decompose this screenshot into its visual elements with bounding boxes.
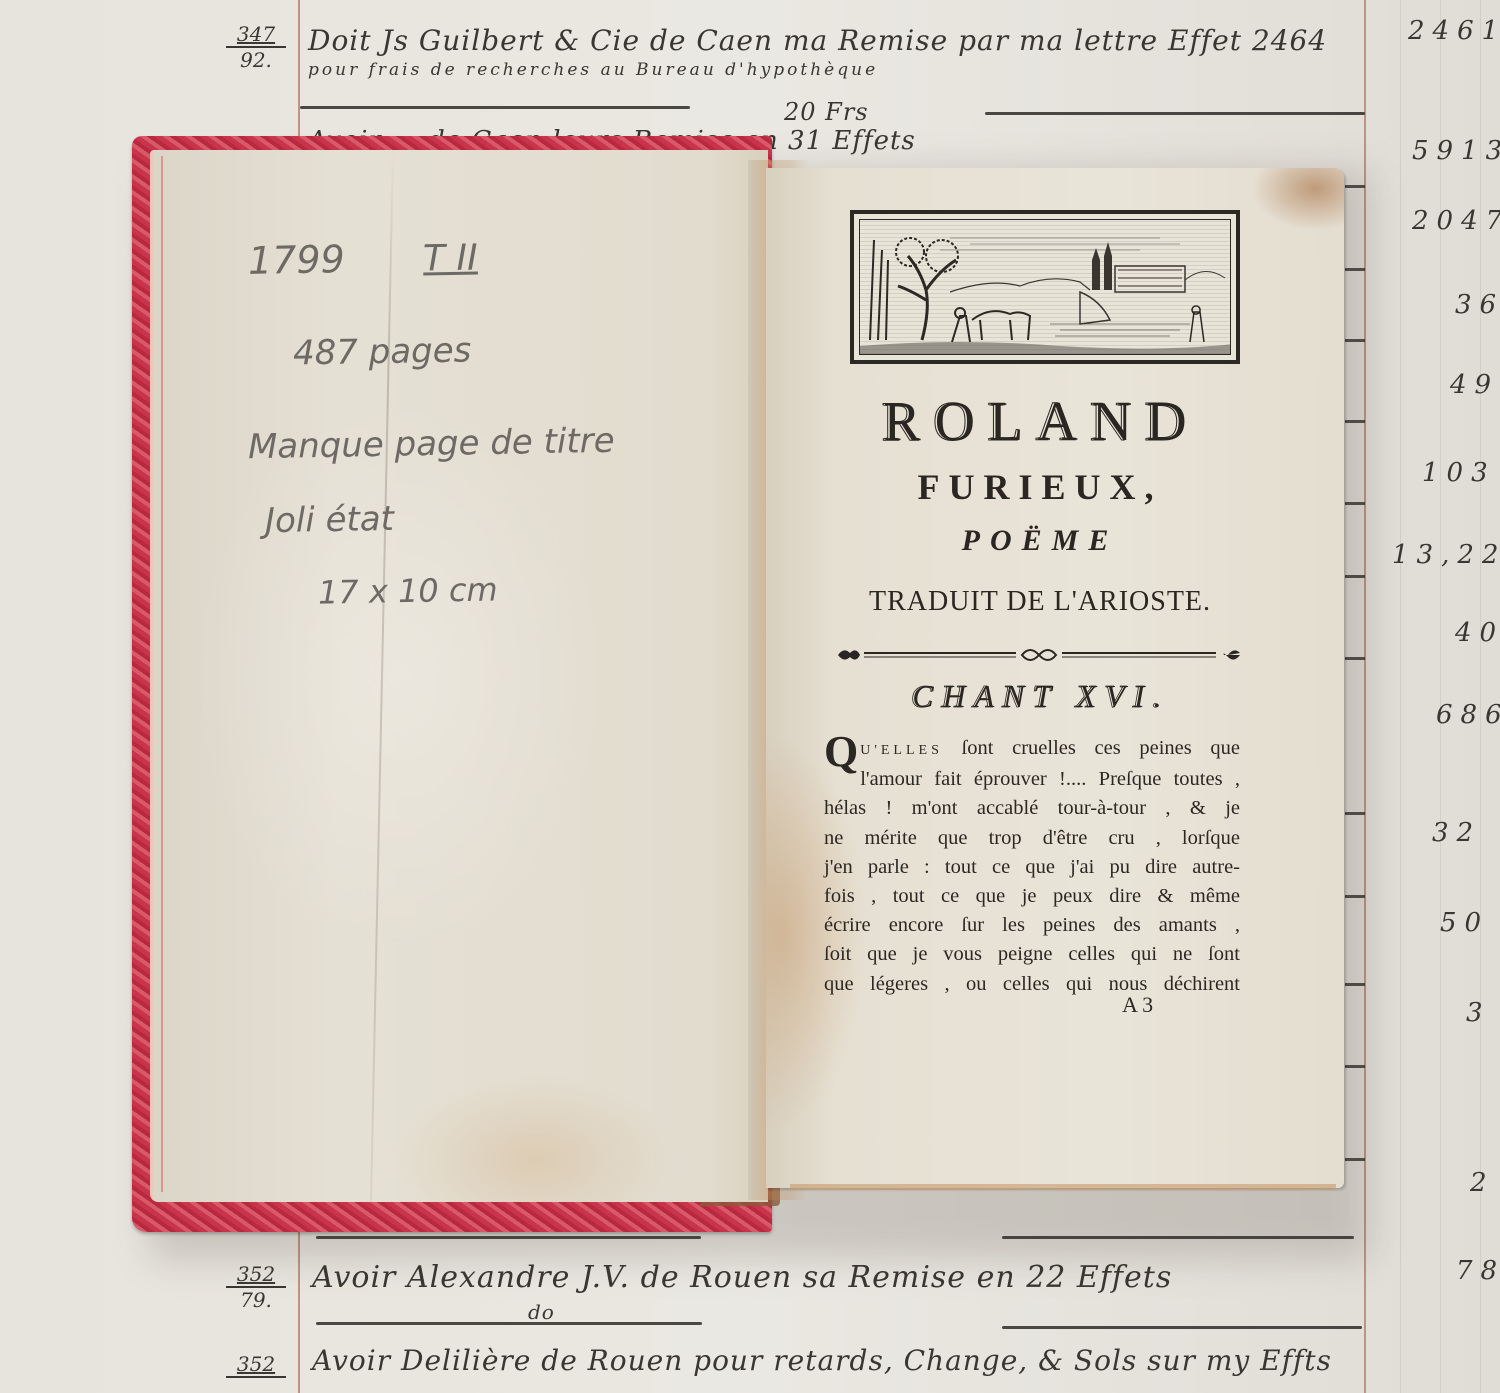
landscape-engraving-icon bbox=[860, 220, 1231, 355]
chapter-heading: CHANT XVI. bbox=[820, 678, 1260, 715]
ledger-rule bbox=[300, 106, 690, 109]
book-title: ROLAND bbox=[820, 390, 1260, 454]
ledger-amount: 50 bbox=[1440, 908, 1489, 938]
text-line: QU'ELLES ſont cruelles ces peines que bbox=[824, 734, 1240, 765]
drop-cap: Q bbox=[824, 734, 858, 770]
ledger-entry-line: Avoir Alexandre J.V. de Rouen sa Remise … bbox=[312, 1260, 1172, 1295]
book-translation-credit: TRADUIT DE L'ARIOSTE. bbox=[820, 586, 1260, 618]
text-line: hélas ! m'ont accablé tour-à-tour , & je bbox=[824, 794, 1240, 823]
pencil-note-pages: 487 pages bbox=[293, 330, 472, 373]
endpaper-crease bbox=[370, 150, 394, 1202]
ledger-amount: 2461 bbox=[1408, 16, 1500, 46]
ledger-amount: 103 bbox=[1422, 458, 1496, 488]
endpaper-border bbox=[161, 156, 163, 1192]
ledger-amount: 78 bbox=[1456, 1256, 1500, 1286]
ledger-amount: 686 bbox=[1436, 700, 1500, 730]
ledger-folio-top: 347 92. bbox=[226, 22, 286, 72]
ledger-ditto: do bbox=[528, 1300, 555, 1324]
book-genre: POËME bbox=[820, 524, 1260, 558]
pencil-note-dimensions: 17 x 10 cm bbox=[318, 570, 498, 611]
ledger-rule bbox=[316, 1322, 702, 1325]
ornamental-fleuron-rule-icon bbox=[836, 646, 1242, 664]
ledger-rule bbox=[985, 112, 1365, 115]
ledger-amount: 5913 bbox=[1412, 136, 1500, 166]
text-line: fois , tout ce que je peux dire & même bbox=[824, 882, 1240, 911]
text-line: écrire encore ſur les peines des amants … bbox=[824, 911, 1240, 940]
ledger-rule bbox=[1002, 1326, 1362, 1329]
ledger-amount: 2 bbox=[1470, 1168, 1495, 1198]
vignette-inner-frame bbox=[859, 219, 1231, 355]
woodcut-vignette bbox=[850, 210, 1240, 364]
pencil-note-condition: Joli état bbox=[265, 499, 395, 541]
pencil-note-tome: T II bbox=[423, 238, 478, 280]
ledger-amount: 36 bbox=[1455, 290, 1500, 320]
ledger-folio: 352 bbox=[226, 1352, 286, 1378]
text-line: ne mérite que trop d'être cru , lorſque bbox=[824, 824, 1240, 853]
ledger-amount: 32 bbox=[1432, 818, 1481, 848]
ledger-grid-line bbox=[1400, 0, 1401, 1393]
book-subtitle: FURIEUX, bbox=[820, 466, 1260, 508]
pencil-note-year: 1799 bbox=[248, 237, 345, 283]
ledger-entry-line: Doit Js Guilbert & Cie de Caen ma Remise… bbox=[308, 24, 1327, 57]
ledger-entry-line: Avoir Delilière de Rouen pour retards, C… bbox=[312, 1344, 1332, 1377]
left-endpaper: 1799 T II 487 pages Manque page de titre… bbox=[150, 150, 768, 1202]
ledger-amount: 2047 bbox=[1412, 206, 1500, 236]
small-caps-word: U'ELLES bbox=[860, 743, 943, 758]
ledger-folio: 352 79. bbox=[226, 1262, 286, 1312]
text-line: ſoit que je vous peigne celles qui ne ſo… bbox=[824, 940, 1240, 969]
ledger-amount: 13,22 bbox=[1392, 540, 1500, 570]
text-line: l'amour fait éprouver !.... Preſque tout… bbox=[824, 765, 1240, 794]
ledger-amount: 40 bbox=[1455, 618, 1500, 648]
text-line: que légeres , ou celles qui nous déchire… bbox=[824, 970, 1240, 999]
ledger-note: 20 Frs bbox=[784, 98, 869, 126]
ledger-amount: 3 bbox=[1466, 998, 1491, 1028]
poem-body-text: QU'ELLES ſont cruelles ces peines que l'… bbox=[824, 734, 1240, 999]
text-line: j'en parle : tout ce que j'ai pu dire au… bbox=[824, 853, 1240, 882]
ledger-entry-line: pour frais de recherches au Bureau d'hyp… bbox=[308, 60, 878, 80]
pencil-note-missing-title: Manque page de titre bbox=[248, 421, 615, 467]
printer-signature-mark: A 3 bbox=[1122, 992, 1153, 1018]
ledger-amount: 49 bbox=[1450, 370, 1499, 400]
page-edge bbox=[790, 1184, 1336, 1190]
